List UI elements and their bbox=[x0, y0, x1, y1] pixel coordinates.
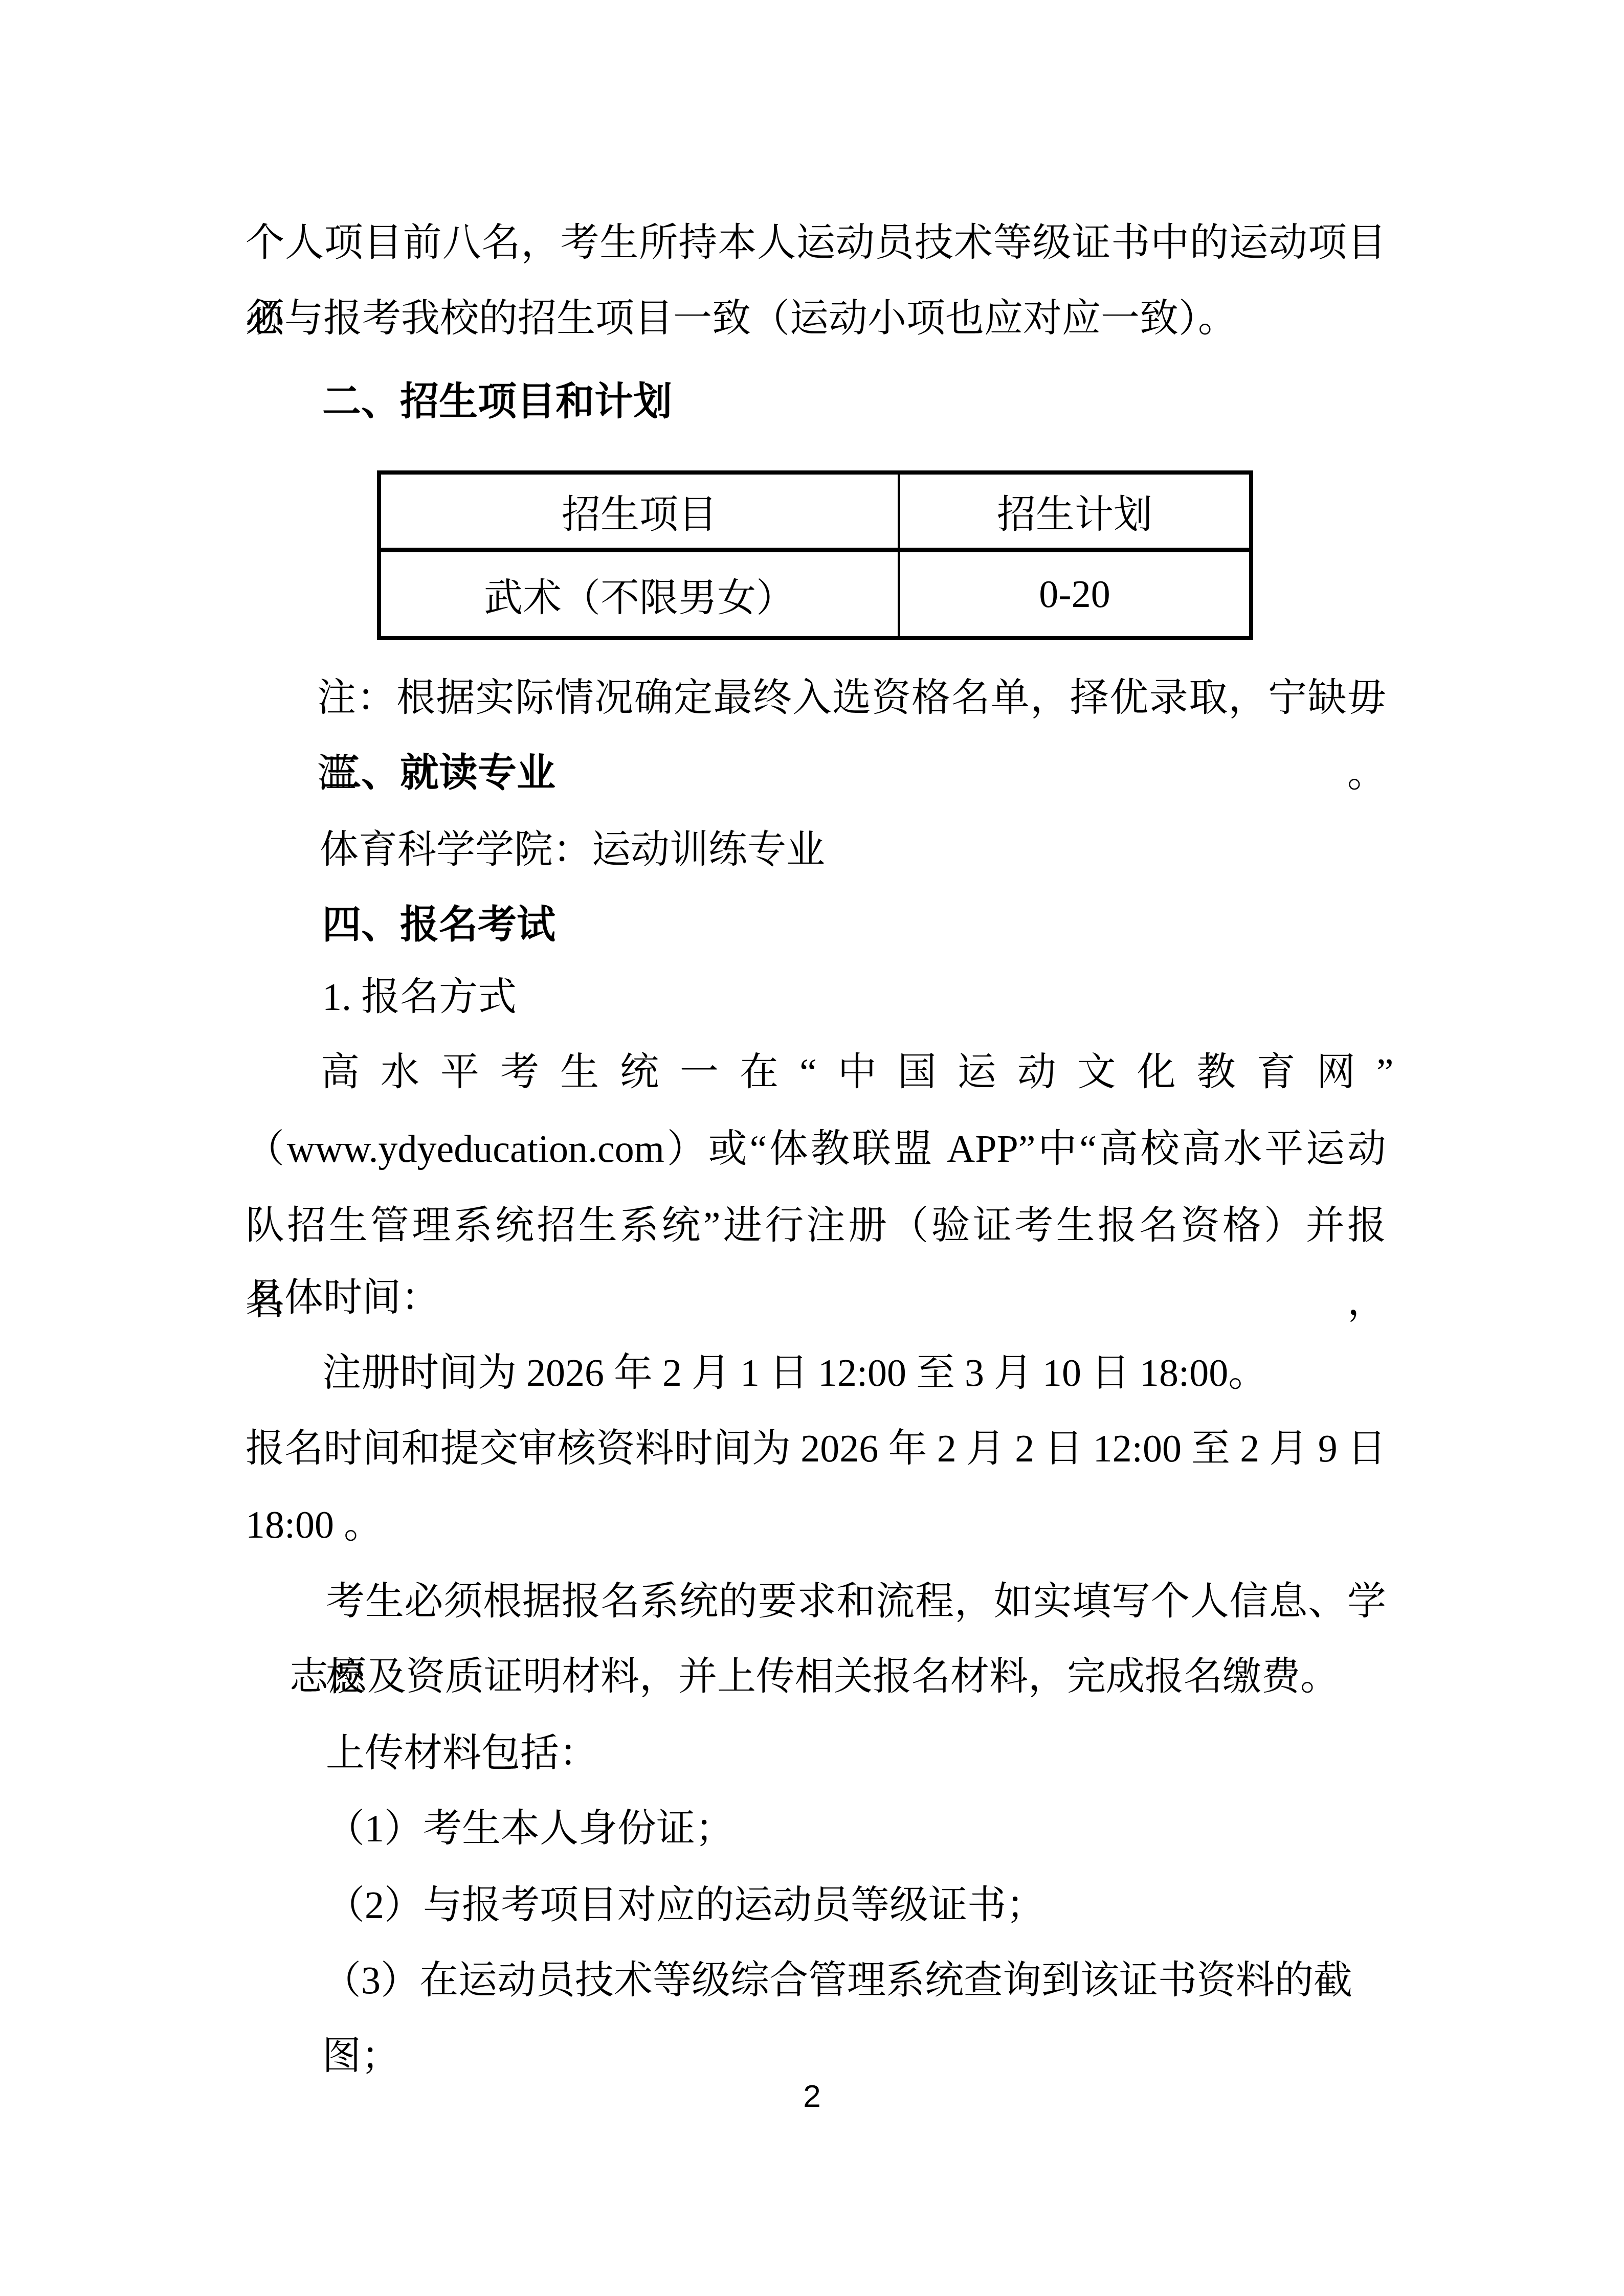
table-note: 注：根据实际情况确定最终入选资格名单，择优录取，宁缺毋滥。 bbox=[317, 660, 1386, 736]
body-line: 考生必须根据报名系统的要求和流程，如实填写个人信息、学校 bbox=[326, 1564, 1386, 1639]
body-line: 1. 报名方式 bbox=[322, 959, 1386, 1035]
body-line: 报名时间和提交审核资料时间为 2026 年 2 月 2 日 12:00 至 2 … bbox=[246, 1411, 1386, 1487]
list-item-1: （1）考生本人身份证； bbox=[326, 1791, 1386, 1866]
page-number: 2 bbox=[0, 2059, 1624, 2134]
admission-plan-table: 招生项目 招生计划 武术（不限男女） 0-20 bbox=[377, 470, 1253, 640]
list-item-3: （3）在运动员技术等级综合管理系统查询到该证书资料的截图； bbox=[322, 1943, 1386, 2018]
section-heading-4: 四、报名考试 bbox=[322, 887, 1386, 963]
table-cell-quota: 0-20 bbox=[900, 552, 1249, 636]
body-line: 具体时间： bbox=[246, 1260, 1386, 1336]
body-line: 上传材料包括： bbox=[326, 1716, 1386, 1791]
document-page: 个人项目前八名，考生所持本人运动员技术等级证书中的运动项目必 须与报考我校的招生… bbox=[0, 0, 1624, 2296]
table-cell-sport: 武术（不限男女） bbox=[381, 552, 900, 636]
body-line: 个人项目前八名，考生所持本人运动员技术等级证书中的运动项目必 bbox=[246, 205, 1386, 281]
list-item-2: （2）与报考项目对应的运动员等级证书； bbox=[326, 1867, 1386, 1943]
section-heading-3: 三、就读专业 bbox=[322, 735, 1386, 811]
table-header-plan: 招生计划 bbox=[900, 475, 1249, 552]
table-header-project: 招生项目 bbox=[381, 475, 900, 552]
body-line: 注册时间为 2026 年 2 月 1 日 12:00 至 3 月 10 日 18… bbox=[322, 1335, 1386, 1411]
body-line: 18:00 。 bbox=[246, 1487, 1386, 1563]
body-line: 志愿及资质证明材料，并上传相关报名材料，完成报名缴费。 bbox=[290, 1639, 1386, 1715]
section-heading-2: 二、招生项目和计划 bbox=[322, 364, 1386, 440]
body-line: 须与报考我校的招生项目一致（运动小项也应对应一致）。 bbox=[246, 281, 1386, 356]
body-line: 体育科学学院：运动训练专业 bbox=[320, 812, 1386, 888]
body-line: 高水平考生统一在“中国运动文化教育网” bbox=[321, 1034, 1386, 1110]
body-line: 队招生管理系统招生系统”进行注册（验证考生报名资格）并报名， bbox=[246, 1188, 1386, 1264]
body-line: （www.ydyeducation.com）或“体教联盟 APP”中“高校高水平… bbox=[246, 1111, 1386, 1187]
